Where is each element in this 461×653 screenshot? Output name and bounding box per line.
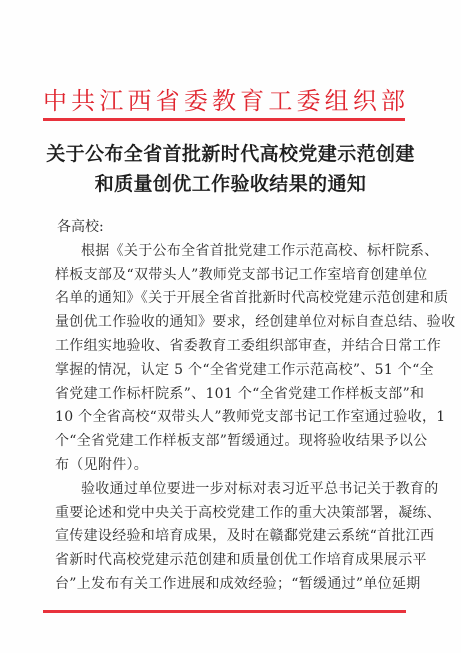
text-line: 省新时代高校党建示范创建和质量创优工作培育成果展示平	[55, 549, 404, 573]
text-line: 掌握的情况，认定 5 个“全省党建工作示范高校”、51 个“全	[55, 359, 404, 383]
text-line: 10 个全省高校“双带头人”教师党支部书记工作室通过验收，1	[55, 406, 404, 430]
text-line: 宣传建设经验和培育成果，及时在赣鄱党建云系统“首批江西	[55, 525, 404, 549]
text-line: 工作组实地验收、省委教育工委组织部审查，并结合日常工作	[55, 335, 404, 359]
title-line-1: 关于公布全省首批新时代高校党建示范创建	[0, 139, 461, 169]
text-line: 布（见附件）。	[55, 454, 404, 478]
document-page: 中共江西省委教育工委组织部 关于公布全省首批新时代高校党建示范创建 和质量创优工…	[0, 0, 461, 653]
paragraph-1: 根据《关于公布全省首批党建工作示范高校、标杆院系、 样板支部及“双带头人”教师党…	[55, 240, 405, 478]
footer-red-rule	[43, 610, 406, 613]
salutation: 各高校:	[55, 216, 405, 240]
text-line: 省党建工作标杆院系”、101 个“全省党建工作样板支部”和	[55, 383, 404, 407]
text-line: 验收通过单位要进一步对标对表习近平总书记关于教育的	[55, 478, 404, 502]
organization-name: 中共江西省委教育工委组织部	[43, 86, 405, 116]
text-line: 台”上发布有关工作进展和成效经验；“暂缓通过”单位延期	[55, 573, 404, 597]
text-line: 重要论述和党中央关于高校党建工作的重大决策部署，凝练、	[55, 502, 404, 526]
text-line: 根据《关于公布全省首批党建工作示范高校、标杆院系、	[55, 240, 404, 264]
paragraph-2: 验收通过单位要进一步对标对表习近平总书记关于教育的 重要论述和党中央关于高校党建…	[55, 478, 405, 597]
organization-header: 中共江西省委教育工委组织部	[43, 86, 405, 116]
document-body: 各高校: 根据《关于公布全省首批党建工作示范高校、标杆院系、 样板支部及“双带头…	[55, 216, 405, 597]
title-line-2: 和质量创优工作验收结果的通知	[0, 169, 461, 199]
document-title: 关于公布全省首批新时代高校党建示范创建 和质量创优工作验收结果的通知	[0, 139, 461, 199]
text-line: 名单的通知》《关于开展全省首批新时代高校党建示范创建和质	[55, 287, 404, 311]
text-line: 个“全省党建工作样板支部”暂缓通过。现将验收结果予以公	[55, 430, 404, 454]
text-line: 样板支部及“双带头人”教师党支部书记工作室培育创建单位	[55, 264, 404, 288]
text-line: 量创优工作验收的通知》要求，经创建单位对标自查总结、验收	[55, 311, 404, 335]
header-red-rule	[43, 118, 405, 121]
